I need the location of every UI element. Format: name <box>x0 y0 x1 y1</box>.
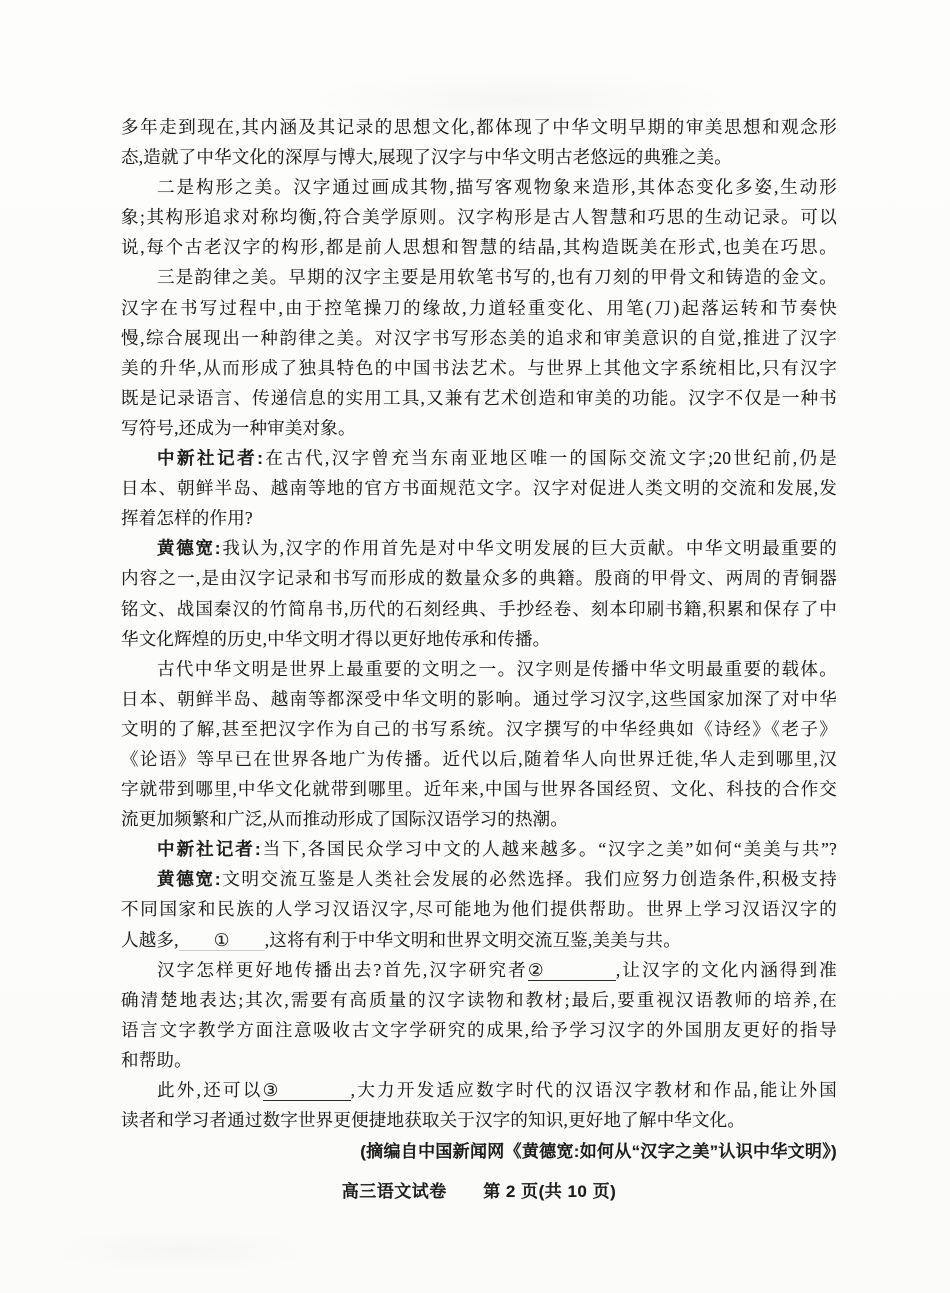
text-line: 挥着怎样的作用? <box>121 503 837 533</box>
text-run: 铭文、战国秦汉的竹简帛书,历代的石刻经典、手抄经卷、刻本印刷书籍,积累和保存了中 <box>121 599 837 619</box>
text-run: 三是韵律之美。早期的汉字主要是用软笔书写的,也有刀刻的甲骨文和铸造的金文。 <box>157 267 837 287</box>
text-line: 汉字在书写过程中,由于控笔操刀的缘故,力道轻重变化、用笔(刀)起落运转和节奏快 <box>121 293 837 323</box>
text-run: 我认为,汉字的作用首先是对中华文明发展的巨大贡献。中华文明最重要的 <box>221 538 837 558</box>
text-run: 语言文字教学方面注意吸收古文字学研究的成果,给予学习汉字的外国朋友更好的指导 <box>121 1020 837 1040</box>
text-run: 写符号,还成为一种审美对象。 <box>121 418 356 438</box>
text-run: 流更加频繁和广泛,从而推动形成了国际汉语学习的热潮。 <box>121 809 568 829</box>
text-line: 此外,还可以③,大力开发适应数字时代的汉语汉字教材和作品,能让外国 <box>121 1075 837 1105</box>
page-text-area: 多年走到现在,其内涵及其记录的思想文化,都体现了中华文明早期的审美思想和观念形态… <box>121 112 837 1202</box>
text-line: 内容之一,是由汉字记录和书写而形成的数量众多的典籍。殷商的甲骨文、两周的青铜器 <box>121 563 837 593</box>
text-line: 美的升华,从而形成了独具特色的中国书法艺术。与世界上其他文字系统相比,只有汉字 <box>121 353 837 383</box>
text-run: 多年走到现在,其内涵及其记录的思想文化,都体现了中华文明早期的审美思想和观念形 <box>121 117 837 137</box>
text-run: 日本、朝鲜半岛、越南等都深受中华文明的影响。通过学习汉字,这些国家加深了对中华 <box>121 689 837 709</box>
text-run: 挥着怎样的作用? <box>121 508 253 528</box>
text-line: 象;其构形追求对称均衡,符合美学原则。汉字构形是古人智慧和巧思的生动记录。可以 <box>121 202 837 232</box>
text-line: 文明的了解,甚至把汉字作为自己的书写系统。汉字撰写的中华经典如《诗经》《老子》 <box>121 714 837 744</box>
text-run: 文明交流互鉴是人类社会发展的必然选择。我们应努力创造条件,积极支持 <box>221 869 837 889</box>
text-run: 二是构形之美。汉字通过画成其物,描写客观物象来造形,其体态变化多姿,生动形 <box>157 177 837 197</box>
text-line: 和帮助。 <box>121 1045 837 1075</box>
speaker-label: 中新社记者: <box>157 839 261 859</box>
text-run: 文明的了解,甚至把汉字作为自己的书写系统。汉字撰写的中华经典如《诗经》《老子》 <box>121 719 837 739</box>
text-run: 汉字怎样更好地传播出去?首先,汉字研究者 <box>157 960 528 980</box>
text-run: 美的升华,从而形成了独具特色的中国书法艺术。与世界上其他文字系统相比,只有汉字 <box>121 358 837 378</box>
text-line: 流更加频繁和广泛,从而推动形成了国际汉语学习的热潮。 <box>121 804 837 834</box>
text-line: 慢,综合展现出一种韵律之美。对汉字书写形态美的追求和审美意识的自觉,推进了汉字 <box>121 323 837 353</box>
text-line: 既是记录语言、传递信息的实用工具,又兼有艺术创造和审美的功能。汉字不仅是一种书 <box>121 383 837 413</box>
text-run: 华文化辉煌的历史,中华文明才得以更好地传承和传播。 <box>121 629 550 649</box>
text-run: 读者和学习者通过数字世界更便捷地获取关于汉字的知识,更好地了解中华文化。 <box>121 1110 745 1130</box>
text-run: 此外,还可以 <box>157 1080 263 1100</box>
text-line: 二是构形之美。汉字通过画成其物,描写客观物象来造形,其体态变化多姿,生动形 <box>121 172 837 202</box>
text-line: 汉字怎样更好地传播出去?首先,汉字研究者②,让汉字的文化内涵得到准 <box>121 955 837 985</box>
text-line: 不同国家和民族的人学习汉语汉字,尽可能地为他们提供帮助。世界上学习汉语汉字的 <box>121 894 837 924</box>
fill-in-blank: ① <box>179 931 265 951</box>
text-line: 中新社记者:在古代,汉字曾充当东南亚地区唯一的国际交流文字;20世纪前,仍是 <box>121 443 837 473</box>
text-run: 人越多, <box>121 930 179 950</box>
text-run: 在古代,汉字曾充当东南亚地区唯一的国际交流文字;20世纪前,仍是 <box>263 448 837 468</box>
text-line: 铭文、战国秦汉的竹简帛书,历代的石刻经典、手抄经卷、刻本印刷书籍,积累和保存了中 <box>121 594 837 624</box>
page-footer: 高三语文试卷 第 2 页(共 10 页) <box>121 1177 837 1202</box>
text-run: 内容之一,是由汉字记录和书写而形成的数量众多的典籍。殷商的甲骨文、两周的青铜器 <box>121 568 837 588</box>
text-line: 读者和学习者通过数字世界更便捷地获取关于汉字的知识,更好地了解中华文化。 <box>121 1105 837 1135</box>
text-run: 慢,综合展现出一种韵律之美。对汉字书写形态美的追求和审美意识的自觉,推进了汉字 <box>121 328 837 348</box>
text-run: 不同国家和民族的人学习汉语汉字,尽可能地为他们提供帮助。世界上学习汉语汉字的 <box>121 899 837 919</box>
text-line: 语言文字教学方面注意吸收古文字学研究的成果,给予学习汉字的外国朋友更好的指导 <box>121 1015 837 1045</box>
text-line: 字就带到哪里,中华文化就带到哪里。近年来,中国与世界各国经贸、文化、科技的合作交 <box>121 774 837 804</box>
text-run: ,让汉字的文化内涵得到准 <box>616 960 837 980</box>
fill-in-blank: ③ <box>263 1081 351 1101</box>
body-text-block: 多年走到现在,其内涵及其记录的思想文化,都体现了中华文明早期的审美思想和观念形态… <box>121 112 837 1135</box>
footer-page-number: 第 2 页(共 10 页) <box>483 1182 616 1201</box>
text-line: 华文化辉煌的历史,中华文明才得以更好地传承和传播。 <box>121 624 837 654</box>
text-run: 态,造就了中华文化的深厚与博大,展现了汉字与中华文明古老悠远的典雅之美。 <box>121 147 732 167</box>
text-line: 多年走到现在,其内涵及其记录的思想文化,都体现了中华文明早期的审美思想和观念形 <box>121 112 837 142</box>
text-run: 汉字在书写过程中,由于控笔操刀的缘故,力道轻重变化、用笔(刀)起落运转和节奏快 <box>121 298 837 318</box>
footer-exam-title: 高三语文试卷 <box>342 1182 447 1201</box>
text-run: 古代中华文明是世界上最重要的文明之一。汉字则是传播中华文明最重要的载体。 <box>157 659 837 679</box>
text-run: 和帮助。 <box>121 1050 192 1070</box>
attribution-line: (摘编自中国新闻网《黄德宽:如何从“汉字之美”认识中华文明》) <box>121 1137 837 1167</box>
text-run: 说,每个古老汉字的构形,都是前人思想和智慧的结晶,其构造既美在形式,也美在巧思。 <box>121 237 837 257</box>
text-run: ,大力开发适应数字时代的汉语汉字教材和作品,能让外国 <box>351 1080 837 1100</box>
text-run: ,这将有利于中华文明和世界文明交流互鉴,美美与共。 <box>265 930 681 950</box>
text-run: 确清楚地表达;其次,需要有高质量的汉字读物和教材;最后,要重视汉语教师的培养,在 <box>121 990 837 1010</box>
exam-paper-page: 多年走到现在,其内涵及其记录的思想文化,都体现了中华文明早期的审美思想和观念形态… <box>0 0 950 1293</box>
text-line: 黄德宽:文明交流互鉴是人类社会发展的必然选择。我们应努力创造条件,积极支持 <box>121 864 837 894</box>
text-line: 说,每个古老汉字的构形,都是前人思想和智慧的结晶,其构造既美在形式,也美在巧思。 <box>121 232 837 262</box>
text-line: 中新社记者:当下,各国民众学习中文的人越来越多。“汉字之美”如何“美美与共”? <box>121 834 837 864</box>
text-run: 《论语》等早已在世界各地广为传播。近代以后,随着华人向世界迁徙,华人走到哪里,汉 <box>121 749 837 769</box>
text-run: 既是记录语言、传递信息的实用工具,又兼有艺术创造和审美的功能。汉字不仅是一种书 <box>121 388 837 408</box>
text-line: 黄德宽:我认为,汉字的作用首先是对中华文明发展的巨大贡献。中华文明最重要的 <box>121 533 837 563</box>
text-line: 三是韵律之美。早期的汉字主要是用软笔书写的,也有刀刻的甲骨文和铸造的金文。 <box>121 262 837 292</box>
text-line: 确清楚地表达;其次,需要有高质量的汉字读物和教材;最后,要重视汉语教师的培养,在 <box>121 985 837 1015</box>
text-line: 态,造就了中华文化的深厚与博大,展现了汉字与中华文明古老悠远的典雅之美。 <box>121 142 837 172</box>
text-line: 《论语》等早已在世界各地广为传播。近代以后,随着华人向世界迁徙,华人走到哪里,汉 <box>121 744 837 774</box>
speaker-label: 中新社记者: <box>157 448 263 468</box>
speaker-label: 黄德宽: <box>157 538 221 558</box>
text-run: 当下,各国民众学习中文的人越来越多。“汉字之美”如何“美美与共”? <box>261 839 837 859</box>
text-run: 日本、朝鲜半岛、越南等地的官方书面规范文字。汉字对促进人类文明的交流和发展,发 <box>121 478 837 498</box>
text-line: 日本、朝鲜半岛、越南等地的官方书面规范文字。汉字对促进人类文明的交流和发展,发 <box>121 473 837 503</box>
fill-in-blank: ② <box>528 961 616 981</box>
text-line: 古代中华文明是世界上最重要的文明之一。汉字则是传播中华文明最重要的载体。 <box>121 654 837 684</box>
text-run: 字就带到哪里,中华文化就带到哪里。近年来,中国与世界各国经贸、文化、科技的合作交 <box>121 779 837 799</box>
text-run: 象;其构形追求对称均衡,符合美学原则。汉字构形是古人智慧和巧思的生动记录。可以 <box>121 207 837 227</box>
text-line: 日本、朝鲜半岛、越南等都深受中华文明的影响。通过学习汉字,这些国家加深了对中华 <box>121 684 837 714</box>
speaker-label: 黄德宽: <box>157 869 221 889</box>
text-line: 写符号,还成为一种审美对象。 <box>121 413 837 443</box>
text-line: 人越多,①,这将有利于中华文明和世界文明交流互鉴,美美与共。 <box>121 925 837 955</box>
